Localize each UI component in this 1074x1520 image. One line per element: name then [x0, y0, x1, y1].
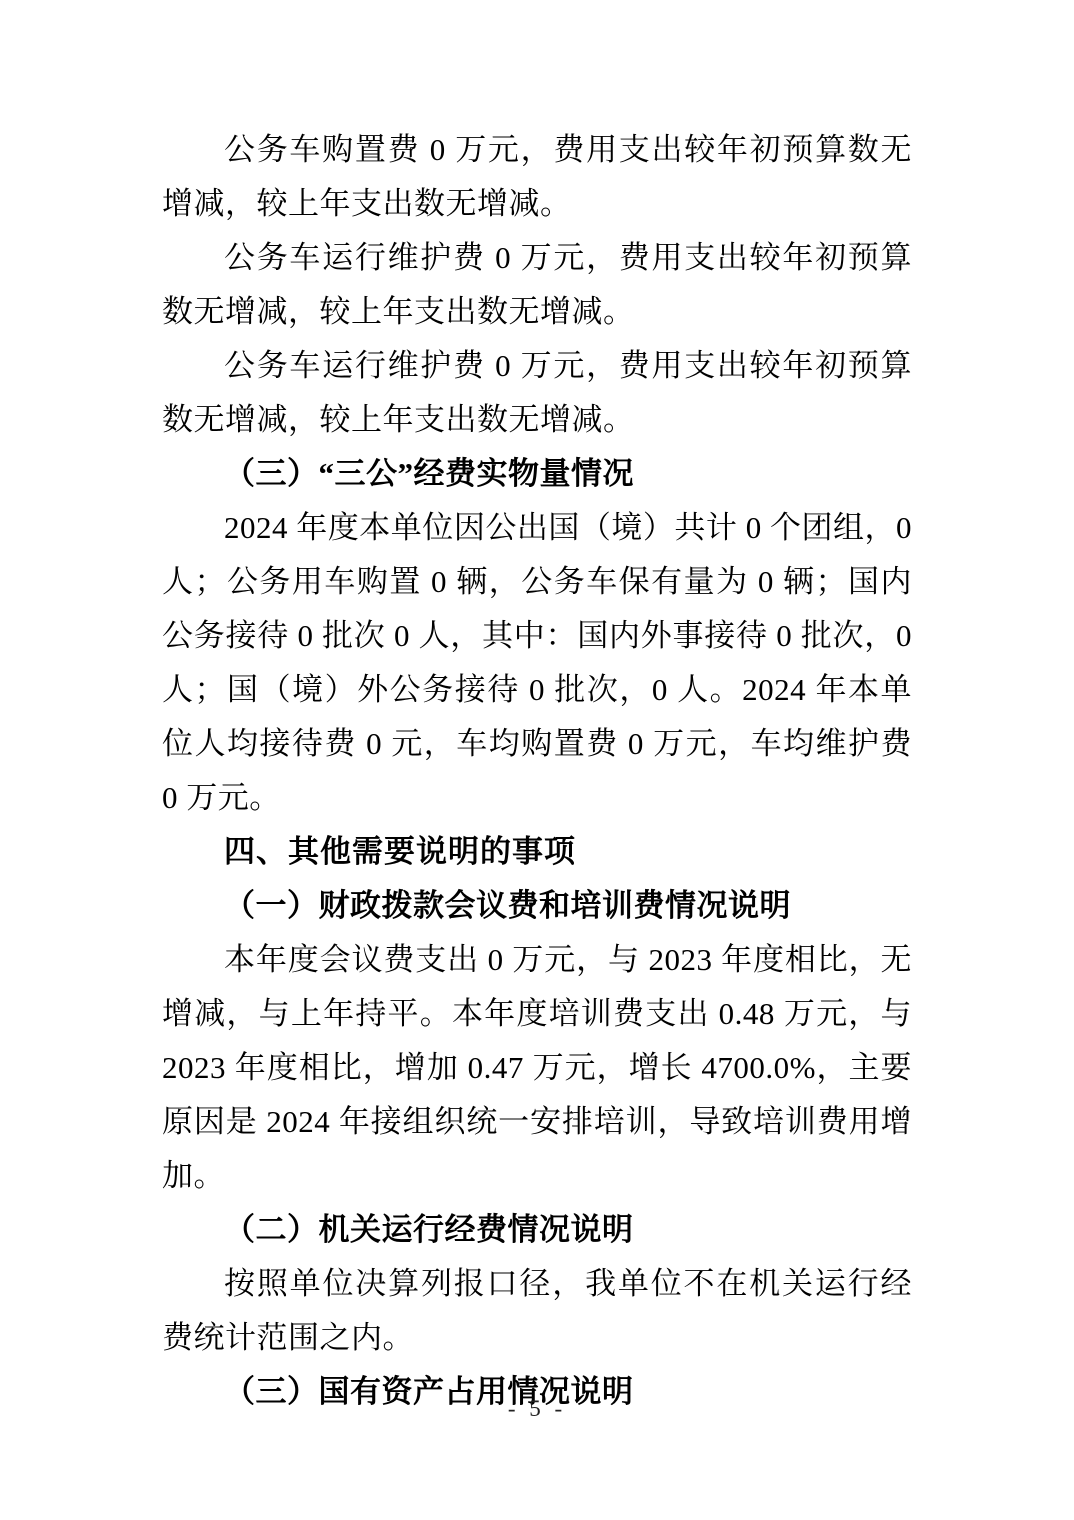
- paragraph-vehicle-maintenance-fee-1: 公务车运行维护费 0 万元，费用支出较年初预算数无增减，较上年支出数无增减。: [162, 231, 912, 339]
- document-page: 公务车购置费 0 万元，费用支出较年初预算数无增减，较上年支出数无增减。 公务车…: [0, 0, 1074, 1520]
- subsection-heading-meeting-training-fees: （一）财政拨款会议费和培训费情况说明: [162, 879, 912, 933]
- paragraph-vehicle-purchase-fee: 公务车购置费 0 万元，费用支出较年初预算数无增减，较上年支出数无增减。: [162, 123, 912, 231]
- subsection-heading-agency-operating-funds: （二）机关运行经费情况说明: [162, 1203, 912, 1257]
- paragraph-meeting-training-fees: 本年度会议费支出 0 万元，与 2023 年度相比，无增减，与上年持平。本年度培…: [162, 933, 912, 1203]
- paragraph-three-public-quantities: 2024 年度本单位因公出国（境）共计 0 个团组，0 人；公务用车购置 0 辆…: [162, 501, 912, 825]
- section-heading-other-matters: 四、其他需要说明的事项: [162, 825, 912, 879]
- subsection-heading-three-public-quantities: （三）“三公”经费实物量情况: [162, 447, 912, 501]
- paragraph-vehicle-maintenance-fee-2: 公务车运行维护费 0 万元，费用支出较年初预算数无增减，较上年支出数无增减。: [162, 339, 912, 447]
- page-number: - 5 -: [0, 1396, 1074, 1422]
- paragraph-agency-operating-funds: 按照单位决算列报口径，我单位不在机关运行经费统计范围之内。: [162, 1257, 912, 1365]
- document-body: 公务车购置费 0 万元，费用支出较年初预算数无增减，较上年支出数无增减。 公务车…: [162, 123, 912, 1419]
